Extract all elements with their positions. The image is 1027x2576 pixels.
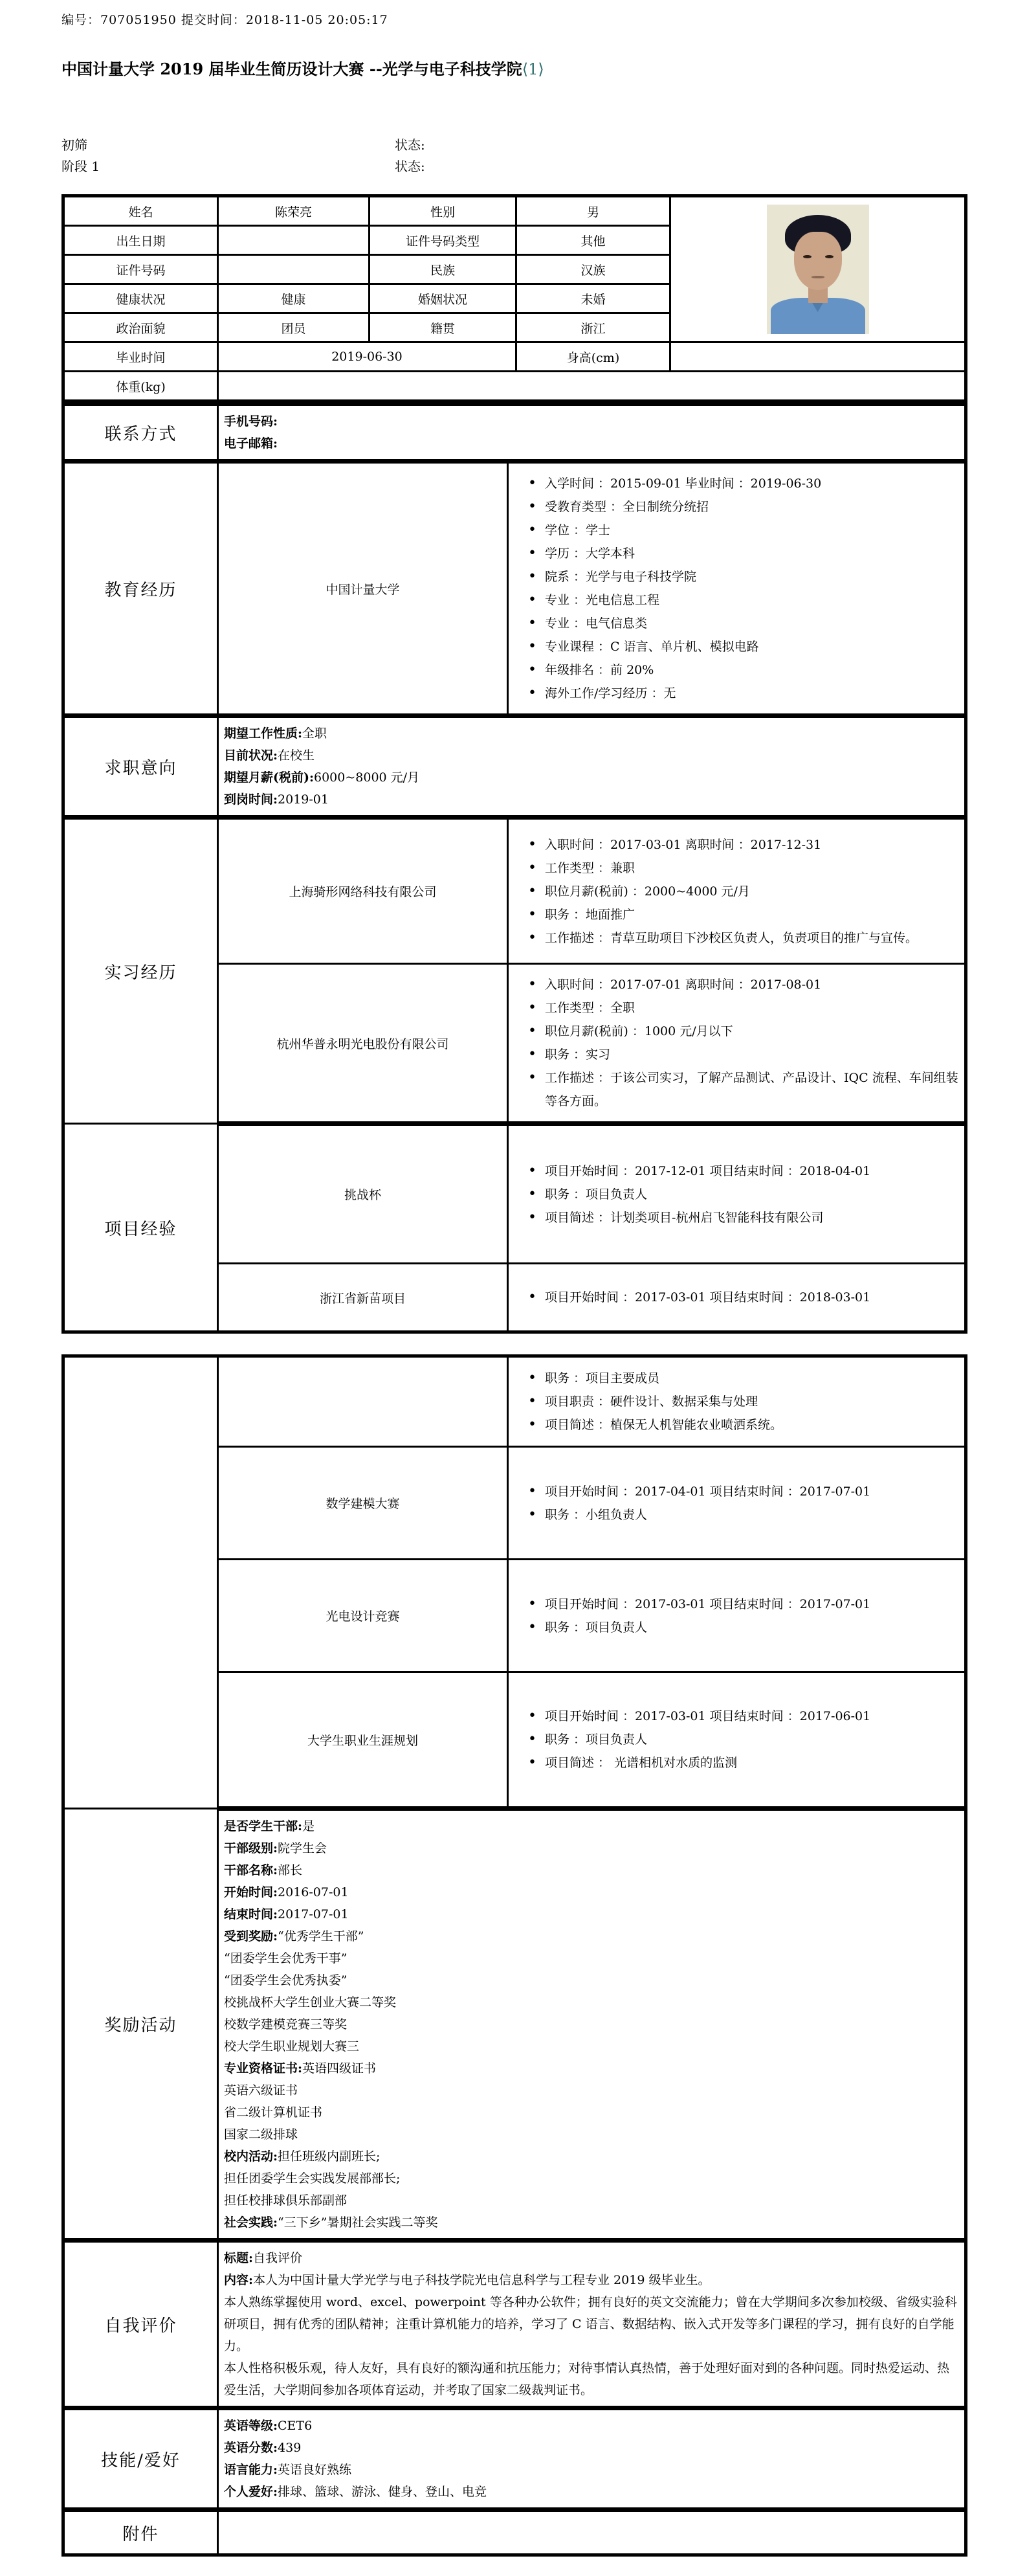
project-name: 浙江省新苗项目 [218, 1264, 508, 1332]
field-label: 民族 [370, 255, 516, 284]
award-line: 开始时间:2016-07-01 [224, 1881, 959, 1903]
bullet-item: 学位 ：学士 [518, 519, 959, 542]
bullet-item: 年级排名 ：前 20% [518, 658, 959, 682]
resume-sections-table-continued: 职务 ：项目主要成员项目职责 ：硬件设计、数据采集与处理项目简述 ：植保无人机智… [61, 1354, 967, 2557]
field-value [218, 226, 370, 255]
table-row: 体重(kg) [63, 372, 966, 401]
project-details: 项目开始时间 ：2017-03-01 项目结束时间 ：2017-06-01职务 … [508, 1672, 966, 1809]
award-line: 干部名称:部长 [224, 1859, 959, 1881]
field-value: 浙江 [516, 313, 670, 342]
skill-line: 英语等级:CET6 [224, 2415, 959, 2437]
bullet-item: 职位月薪(税前) ：2000~4000 元/月 [518, 880, 959, 903]
resume-sections-table: 联系方式 手机号码:电子邮箱: 教育经历 中国计量大学 入学时间 ：2015-0… [61, 403, 967, 1334]
section-label-awards: 奖励活动 [63, 1809, 218, 2241]
skill-line: 英语分数:439 [224, 2437, 959, 2459]
field-label: 出生日期 [63, 226, 218, 255]
internship-details: 入职时间 ：2017-07-01 离职时间 ：2017-08-01工作类型 ：全… [508, 964, 966, 1124]
section-label-attachment: 附件 [63, 2510, 218, 2555]
award-line: “团委学生会优秀干事” [224, 1947, 959, 1969]
bullet-item: 职务 ：项目负责人 [518, 1183, 959, 1206]
bullet-item: 项目开始时间 ：2017-12-01 项目结束时间 ：2018-04-01 [518, 1159, 959, 1183]
project-details: 项目开始时间 ：2017-04-01 项目结束时间 ：2017-07-01职务 … [508, 1447, 966, 1560]
award-line: 省二级计算机证书 [224, 2101, 959, 2123]
field-label: 证件号码 [63, 255, 218, 284]
field-label: 籍贯 [370, 313, 516, 342]
field-label: 体重(kg) [63, 372, 218, 401]
screening-status-label: 状态: [395, 156, 425, 177]
award-line: 专业资格证书:英语四级证书 [224, 2057, 959, 2079]
project-details: 项目开始时间 ：2017-03-01 项目结束时间 ：2017-07-01职务 … [508, 1560, 966, 1672]
attachment-content [218, 2510, 966, 2555]
field-value: 汉族 [516, 255, 670, 284]
evaluation-line: 本人性格积极乐观，待人友好，具有良好的额沟通和抗压能力；对待事情认真热情，善于处… [224, 2357, 959, 2401]
award-line: 受到奖励:“优秀学生干部” [224, 1925, 959, 1947]
skills-lines: 英语等级:CET6英语分数:439语言能力:英语良好熟练个人爱好:排球、篮球、游… [224, 2412, 959, 2505]
field-value: 健康 [218, 284, 370, 313]
company-name: 上海骑形网络科技有限公司 [218, 818, 508, 964]
evaluation-line: 本人熟练掌握使用 word、excel、powerpoint 等各种办公软件；拥… [224, 2291, 959, 2357]
section-label-skills: 技能/爱好 [63, 2408, 218, 2510]
awards-section-row: 奖励活动 是否学生干部:是干部级别:院学生会干部名称:部长开始时间:2016-0… [63, 1809, 966, 2241]
bullet-item: 项目开始时间 ：2017-04-01 项目结束时间 ：2017-07-01 [518, 1480, 959, 1503]
photo-cell [670, 196, 966, 342]
screening-stage: 初筛 [61, 135, 395, 156]
project-bullet-list: 项目开始时间 ：2017-03-01 项目结束时间 ：2018-03-01 [514, 1279, 959, 1316]
bullet-item: 入职时间 ：2017-03-01 离职时间 ：2017-12-31 [518, 833, 959, 857]
bullet-item: 工作类型 ：全职 [518, 996, 959, 1020]
field-label: 婚姻状况 [370, 284, 516, 313]
award-line: 校内活动:担任班级内副班长; [224, 2145, 959, 2167]
field-value: 男 [516, 196, 670, 226]
self-evaluation-content: 标题:自我评价内容:本人为中国计量大学光学与电子科技学院光电信息科学与工程专业 … [218, 2241, 966, 2408]
field-value: 其他 [516, 226, 670, 255]
awards-lines: 是否学生干部:是干部级别:院学生会干部名称:部长开始时间:2016-07-01结… [224, 1813, 959, 2236]
education-details: 入学时间 ：2015-09-01 毕业时间 ：2019-06-30受教育类型 ：… [508, 462, 966, 716]
page-title: 中国计量大学 2019 届毕业生简历设计大赛 --光学与电子科技学院⟨1⟩ [61, 56, 964, 79]
bullet-item: 职务 ：小组负责人 [518, 1503, 959, 1527]
project-details: 项目开始时间 ：2017-12-01 项目结束时间 ：2018-04-01职务 … [508, 1124, 966, 1264]
skills-row: 技能/爱好 英语等级:CET6英语分数:439语言能力:英语良好熟练个人爱好:排… [63, 2408, 966, 2510]
skill-line: 个人爱好:排球、篮球、游泳、健身、登山、电竞 [224, 2481, 959, 2503]
bullet-item: 项目开始时间 ：2017-03-01 项目结束时间 ：2017-06-01 [518, 1705, 959, 1728]
screening-status-label: 状态: [395, 135, 425, 156]
bullet-item: 入学时间 ：2015-09-01 毕业时间 ：2019-06-30 [518, 472, 959, 495]
job-intention-row: 求职意向 期望工作性质:全职目前状况:在校生期望月薪(税前):6000~8000… [63, 716, 966, 818]
project-details: 职务 ：项目主要成员项目职责 ：硬件设计、数据采集与处理项目简述 ：植保无人机智… [508, 1356, 966, 1447]
field-label: 姓名 [63, 196, 218, 226]
personal-info-table: 姓名 陈荣亮 性别 男 出生日期 证件号码类型 其他 [61, 194, 967, 403]
applicant-photo [767, 205, 869, 334]
education-section-row: 教育经历 中国计量大学 入学时间 ：2015-09-01 毕业时间 ：2019-… [63, 462, 966, 716]
project-name: 光电设计竞赛 [218, 1560, 508, 1672]
title-ref-number: ⟨1⟩ [522, 60, 544, 78]
project-details: 项目开始时间 ：2017-03-01 项目结束时间 ：2018-03-01 [508, 1264, 966, 1332]
award-line: 是否学生干部:是 [224, 1815, 959, 1837]
contact-lines: 手机号码:电子邮箱: [224, 408, 959, 457]
bullet-item: 职务 ：实习 [518, 1043, 959, 1066]
bullet-item: 专业 ：电气信息类 [518, 612, 959, 635]
award-line: 社会实践:“三下乡”暑期社会实践二等奖 [224, 2212, 959, 2234]
screening-stage: 阶段 1 [61, 156, 395, 177]
section-label-internship: 实习经历 [63, 818, 218, 1124]
bullet-item: 入职时间 ：2017-07-01 离职时间 ：2017-08-01 [518, 973, 959, 996]
education-bullet-list: 入学时间 ：2015-09-01 毕业时间 ：2019-06-30受教育类型 ：… [514, 465, 959, 711]
attachment-row: 附件 [63, 2510, 966, 2555]
labeled-line: 期望工作性质:全职 [224, 722, 959, 745]
bullet-item: 职位月薪(税前) ：1000 元/月以下 [518, 1020, 959, 1043]
labeled-line: 到岗时间:2019-01 [224, 789, 959, 811]
self-evaluation-lines: 标题:自我评价内容:本人为中国计量大学光学与电子科技学院光电信息科学与工程专业 … [224, 2245, 959, 2404]
company-name: 杭州华普永明光电股份有限公司 [218, 964, 508, 1124]
table-row: 姓名 陈荣亮 性别 男 [63, 196, 966, 226]
field-value [218, 255, 370, 284]
field-value [670, 342, 966, 372]
award-line: 校挑战杯大学生创业大赛二等奖 [224, 1991, 959, 2013]
field-value: 2019-06-30 [218, 342, 516, 372]
section-label-job-intention: 求职意向 [63, 716, 218, 818]
project-row: 职务 ：项目主要成员项目职责 ：硬件设计、数据采集与处理项目简述 ：植保无人机智… [63, 1356, 966, 1447]
contact-section-row: 联系方式 手机号码:电子邮箱: [63, 405, 966, 462]
self-evaluation-row: 自我评价 标题:自我评价内容:本人为中国计量大学光学与电子科技学院光电信息科学与… [63, 2241, 966, 2408]
photo-eye [803, 255, 812, 258]
bullet-item: 职务 ：项目主要成员 [518, 1367, 959, 1390]
bullet-item: 专业课程 ：C 语言、单片机、模拟电路 [518, 635, 959, 658]
bullet-item: 工作类型 ：兼职 [518, 857, 959, 880]
section-label-contact: 联系方式 [63, 405, 218, 462]
award-line: 担任团委学生会实践发展部部长; [224, 2167, 959, 2190]
photo-mouth [812, 276, 824, 278]
bullet-item: 职务 ：地面推广 [518, 903, 959, 926]
section-label-projects: 项目经验 [63, 1124, 218, 1332]
project-bullet-list: 项目开始时间 ：2017-12-01 项目结束时间 ：2018-04-01职务 … [514, 1153, 959, 1236]
bullet-item: 项目职责 ：硬件设计、数据采集与处理 [518, 1390, 959, 1413]
bullet-item: 项目简述 ： 光谱相机对水质的监测 [518, 1751, 959, 1775]
awards-content: 是否学生干部:是干部级别:院学生会干部名称:部长开始时间:2016-07-01结… [218, 1809, 966, 2241]
labeled-line: 电子邮箱: [224, 432, 959, 454]
skills-content: 英语等级:CET6英语分数:439语言能力:英语良好熟练个人爱好:排球、篮球、游… [218, 2408, 966, 2510]
screening-line: 阶段 1 状态: [61, 156, 964, 177]
bullet-item: 学历 ：大学本科 [518, 542, 959, 565]
bullet-item: 职务 ：项目负责人 [518, 1728, 959, 1751]
award-line: 担任校排球俱乐部副部 [224, 2190, 959, 2212]
table-row: 毕业时间 2019-06-30 身高(cm) [63, 342, 966, 372]
project-bullet-list: 项目开始时间 ：2017-03-01 项目结束时间 ：2017-07-01职务 … [514, 1586, 959, 1646]
evaluation-line: 内容:本人为中国计量大学光学与电子科技学院光电信息科学与工程专业 2019 级毕… [224, 2269, 959, 2291]
section-label-projects-continued [63, 1356, 218, 1809]
award-line: 国家二级排球 [224, 2123, 959, 2145]
contact-content: 手机号码:电子邮箱: [218, 405, 966, 462]
screening-block: 初筛 状态: 阶段 1 状态: [61, 135, 964, 177]
field-value [218, 372, 966, 401]
internship-details: 入职时间 ：2017-03-01 离职时间 ：2017-12-31工作类型 ：兼… [508, 818, 966, 964]
bullet-item: 院系 ：光学与电子科技学院 [518, 565, 959, 588]
bullet-item: 专业 ：光电信息工程 [518, 588, 959, 612]
award-line: 干部级别:院学生会 [224, 1837, 959, 1859]
field-label: 证件号码类型 [370, 226, 516, 255]
award-line: 校数学建模竞赛三等奖 [224, 2013, 959, 2035]
project-bullet-list: 职务 ：项目主要成员项目职责 ：硬件设计、数据采集与处理项目简述 ：植保无人机智… [514, 1360, 959, 1443]
job-intention-lines: 期望工作性质:全职目前状况:在校生期望月薪(税前):6000~8000 元/月到… [224, 720, 959, 813]
award-line: 结束时间:2017-07-01 [224, 1903, 959, 1925]
labeled-line: 目前状况:在校生 [224, 745, 959, 767]
photo-eye [825, 255, 834, 258]
project-bullet-list: 项目开始时间 ：2017-04-01 项目结束时间 ：2017-07-01职务 … [514, 1473, 959, 1533]
bullet-item: 项目开始时间 ：2017-03-01 项目结束时间 ：2017-07-01 [518, 1593, 959, 1616]
project-row: 项目经验 挑战杯 项目开始时间 ：2017-12-01 项目结束时间 ：2018… [63, 1124, 966, 1264]
project-name: 大学生职业生涯规划 [218, 1672, 508, 1809]
page-title-text: 中国计量大学 2019 届毕业生简历设计大赛 --光学与电子科技学院 [61, 60, 522, 78]
bullet-item: 受教育类型 ：全日制统分统招 [518, 495, 959, 519]
project-name: 挑战杯 [218, 1124, 508, 1264]
field-label: 毕业时间 [63, 342, 218, 372]
bullet-item: 项目简述 ：计划类项目-杭州启飞智能科技有限公司 [518, 1206, 959, 1229]
bullet-item: 海外工作/学习经历 ：无 [518, 682, 959, 705]
field-value: 未婚 [516, 284, 670, 313]
project-name: 数学建模大赛 [218, 1447, 508, 1560]
award-line: 英语六级证书 [224, 2079, 959, 2101]
field-label: 政治面貌 [63, 313, 218, 342]
section-label-self-evaluation: 自我评价 [63, 2241, 218, 2408]
project-bullet-list: 项目开始时间 ：2017-03-01 项目结束时间 ：2017-06-01职务 … [514, 1698, 959, 1781]
labeled-line: 手机号码: [224, 410, 959, 432]
project-name [218, 1356, 508, 1447]
bullet-item: 职务 ：项目负责人 [518, 1616, 959, 1639]
internship-row: 实习经历 上海骑形网络科技有限公司 入职时间 ：2017-03-01 离职时间 … [63, 818, 966, 964]
field-value: 团员 [218, 313, 370, 342]
section-label-education: 教育经历 [63, 462, 218, 716]
bullet-item: 工作描述 ：青草互助项目下沙校区负责人，负责项目的推广与宣传。 [518, 926, 959, 950]
field-value: 陈荣亮 [218, 196, 370, 226]
evaluation-line: 标题:自我评价 [224, 2247, 959, 2269]
field-label: 性别 [370, 196, 516, 226]
school-name: 中国计量大学 [218, 462, 508, 716]
screening-line: 初筛 状态: [61, 135, 964, 156]
field-label: 身高(cm) [516, 342, 670, 372]
job-intention-content: 期望工作性质:全职目前状况:在校生期望月薪(税前):6000~8000 元/月到… [218, 716, 966, 818]
submission-meta: 编号：707051950 提交时间：2018-11-05 20:05:17 [61, 10, 964, 28]
bullet-item: 工作描述 ：于该公司实习，了解产品测试、产品设计、IQC 流程、车间组装等各方面… [518, 1066, 959, 1113]
labeled-line: 期望月薪(税前):6000~8000 元/月 [224, 767, 959, 789]
bullet-item: 项目简述 ：植保无人机智能农业喷洒系统。 [518, 1413, 959, 1437]
field-label: 健康状况 [63, 284, 218, 313]
resume-document: 编号：707051950 提交时间：2018-11-05 20:05:17 中国… [0, 0, 1027, 2576]
award-line: 校大学生职业规划大赛三 [224, 2035, 959, 2057]
photo-face [794, 232, 842, 290]
skill-line: 语言能力:英语良好熟练 [224, 2459, 959, 2481]
bullet-item: 项目开始时间 ：2017-03-01 项目结束时间 ：2018-03-01 [518, 1286, 959, 1309]
internship-bullet-list: 入职时间 ：2017-07-01 离职时间 ：2017-08-01工作类型 ：全… [514, 967, 959, 1119]
award-line: “团委学生会优秀执委” [224, 1969, 959, 1991]
internship-bullet-list: 入职时间 ：2017-03-01 离职时间 ：2017-12-31工作类型 ：兼… [514, 827, 959, 956]
